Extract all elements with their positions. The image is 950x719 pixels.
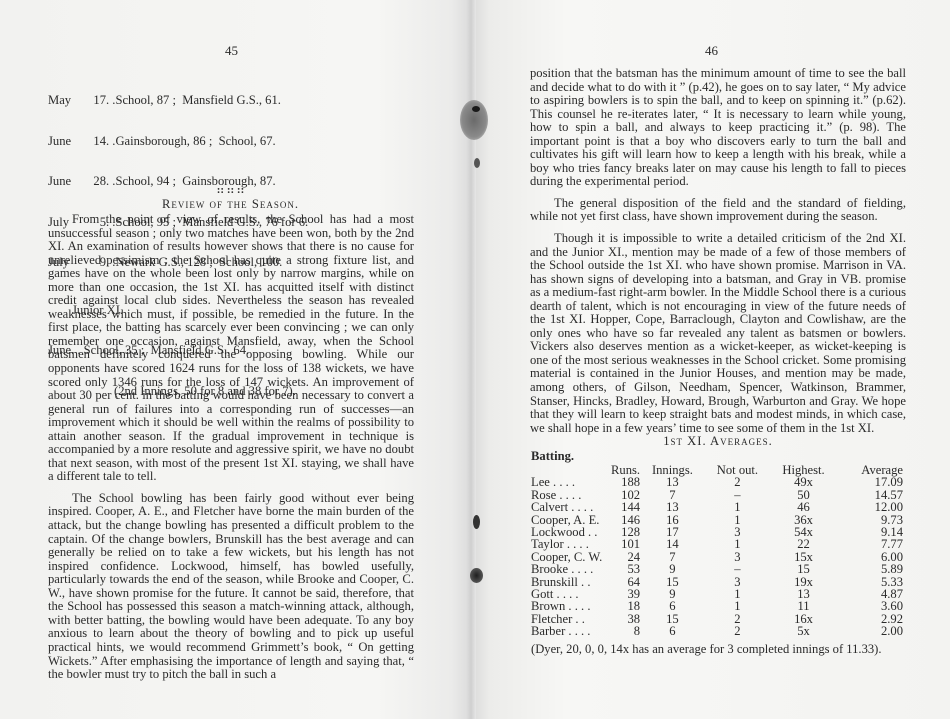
ink-stain bbox=[473, 515, 480, 529]
page-number-right: 46 bbox=[705, 43, 718, 59]
batting-averages-table: Runs. Innings. Not out. Highest. Average… bbox=[531, 464, 903, 638]
averages-title: 1st XI. Averages. bbox=[530, 435, 906, 449]
section-title: Review of the Season. bbox=[48, 198, 413, 212]
table-row: Brunskill . .6415319x5.33 bbox=[531, 576, 903, 588]
ink-stain bbox=[474, 158, 480, 168]
fixture-row: May17. .School, 87 ; Mansfield G.S., 61. bbox=[48, 94, 428, 108]
table-row: Barber . . . .8625x2.00 bbox=[531, 625, 903, 637]
batting-heading: Batting. bbox=[531, 450, 574, 464]
page-number-left: 45 bbox=[225, 43, 238, 59]
separator: :: :: :: bbox=[48, 184, 413, 198]
paragraph: The general disposition of the field and… bbox=[530, 197, 906, 224]
table-row: Taylor . . . .101141227.77 bbox=[531, 538, 903, 550]
table-row: Calvert . . . .1441314612.00 bbox=[531, 501, 903, 513]
ink-stain bbox=[470, 568, 483, 583]
table-row: Brooke . . . .539–155.89 bbox=[531, 563, 903, 575]
footnote: (Dyer, 20, 0, 0, 14x has an average for … bbox=[531, 643, 911, 657]
paragraph: position that the batsman has the minimu… bbox=[530, 67, 906, 189]
book-spread: 45 May17. .School, 87 ; Mansfield G.S., … bbox=[0, 0, 950, 719]
paragraph: From the point of view of results, the S… bbox=[48, 213, 414, 484]
table-row: Lee . . . .18813249x17.09 bbox=[531, 476, 903, 488]
table-row: Brown . . . .1861113.60 bbox=[531, 600, 903, 612]
paragraph: Though it is impossible to write a detai… bbox=[530, 232, 906, 435]
left-body: From the point of view of results, the S… bbox=[48, 213, 414, 682]
right-body: position that the batsman has the minimu… bbox=[530, 67, 906, 435]
paragraph: The School bowling has been fairly good … bbox=[48, 492, 414, 682]
table-header: Runs. Innings. Not out. Highest. Average bbox=[531, 464, 903, 476]
fixture-row: June14. .Gainsborough, 86 ; School, 67. bbox=[48, 135, 428, 149]
ink-stain bbox=[472, 106, 480, 112]
